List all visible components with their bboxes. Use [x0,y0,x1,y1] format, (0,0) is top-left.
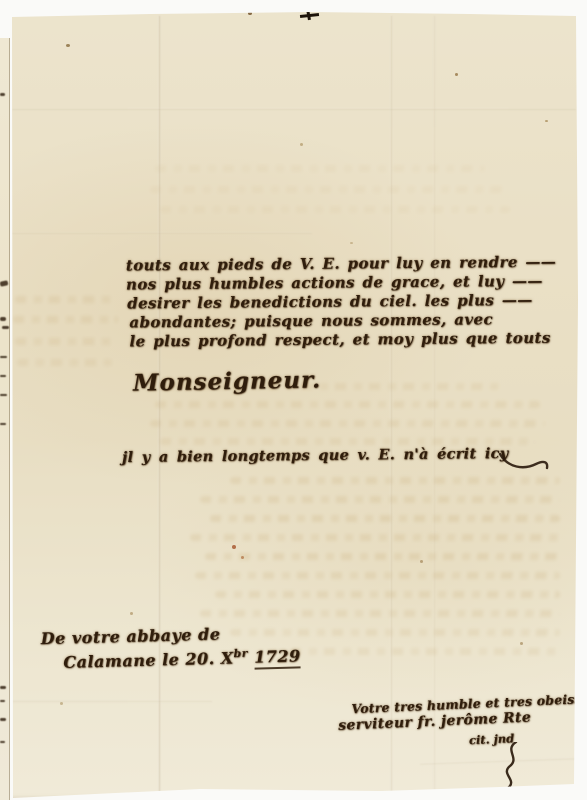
edge-ink-mark [0,317,6,321]
dateline-year: 1729 [254,647,301,670]
edge-ink-mark [2,326,9,329]
edge-ink-mark [0,686,6,689]
body-line: le plus profond respect, et moy plus que… [129,329,550,351]
signature-flourish [494,742,528,800]
letter-body: touts aux pieds de V. E. pour luy en ren… [0,0,587,800]
body-line: touts aux pieds de V. E. pour luy en ren… [126,253,557,275]
edge-ink-mark [0,718,6,721]
scanned-letter: { "document": { "top_mark": "+", "body_l… [0,0,587,800]
body-line: nos plus humbles actions de grace, et lu… [126,272,543,294]
edge-ink-mark [0,375,6,377]
postscript-flourish [498,448,550,478]
dateline-month-abbrev: br [233,647,248,660]
edge-ink-mark [0,741,5,743]
body-line: desirer les benedictions du ciel. les pl… [127,291,533,313]
letter-page: touts aux pieds de V. E. pour luy en ren… [0,0,587,800]
edge-ink-mark [0,423,6,425]
edge-ink-mark [0,394,7,396]
edge-ink-mark [0,356,7,358]
edge-ink-mark [0,93,5,96]
body-line: abondantes; puisque nous sommes, avec [129,310,493,331]
edge-ink-mark [0,700,5,702]
salutation: Monseigneur. [133,366,321,396]
